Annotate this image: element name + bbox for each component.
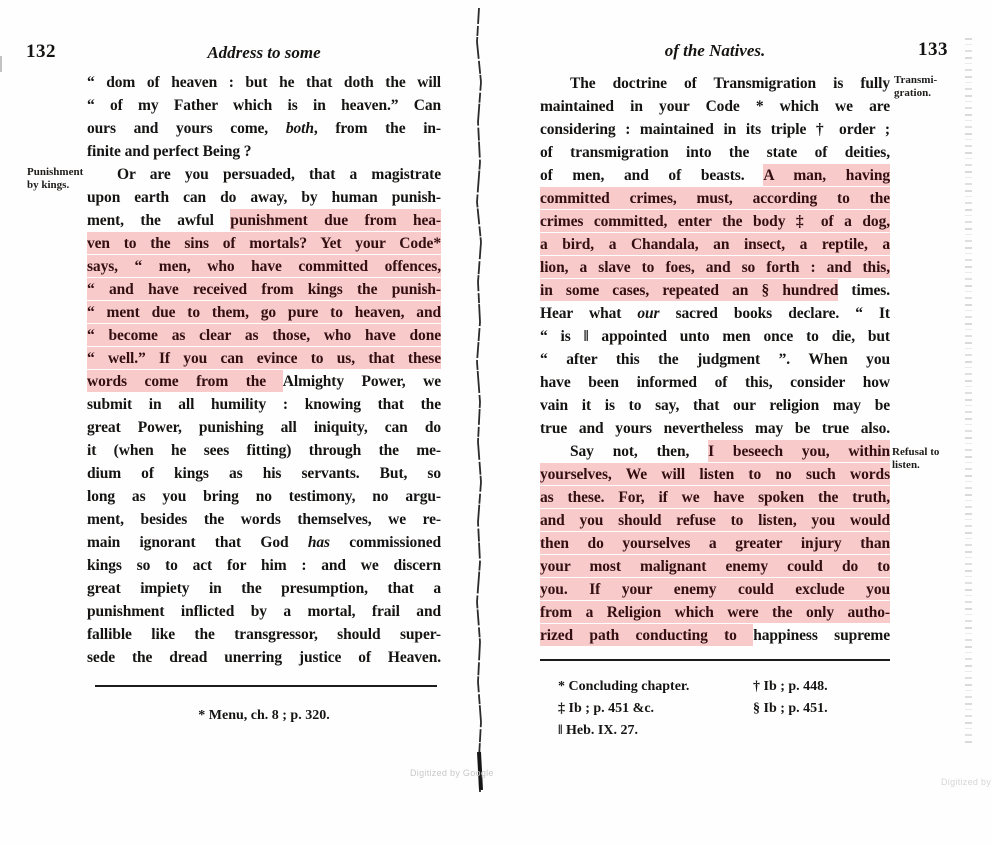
right-page-text: The doctrine of Transmigration is fullym… [540,72,890,647]
text-line: lion, a slave to foes, and so forth : an… [540,256,890,279]
left-page-text: “ dom of heaven : but he that doth the w… [87,71,441,669]
text-line: committed crimes, must, according to the [540,187,890,210]
text-segment: Or are you persuaded, that a magistrate [117,166,441,183]
text-segment: of men, and of beasts. [540,167,763,184]
digitized-by-google-watermark-left: Digitized by Google [410,768,494,778]
text-segment: times. [838,282,890,299]
left-page-number: 132 [26,41,56,63]
text-line: it (when he sees fitting) through the me… [87,439,441,462]
text-line: then do yourselves a greater injury than [540,532,890,555]
right-footnote-double-dagger: ‡ Ib ; p. 451 &c. [558,701,654,717]
highlighted-text: you. If your enemy could exclude you [540,578,890,600]
text-line: ment, the awful punishment due from hea- [87,209,441,232]
highlighted-text: your most malignant enemy could do to [540,555,890,577]
text-line: finite and perfect Being ? [87,140,441,163]
text-line: great impiety in the presumption, that a [87,577,441,600]
text-line: says, “ men, who have committed offences… [87,255,441,278]
text-segment: vain it is to say, that our religion may… [540,397,890,414]
highlighted-text: rized path conducting to [540,624,753,646]
highlighted-text: a bird, a Chandala, an insect, a reptile… [540,233,890,255]
text-line: ours and yours come, both, from the in- [87,117,441,140]
text-line: sede the dread unerring justice of Heave… [87,646,441,669]
text-segment: considering : maintained in its triple †… [540,121,890,138]
text-line: words come from the Almighty Power, we [87,370,441,393]
margin-note-refusal-to-listen: Refusal to listen. [892,446,972,472]
right-footnote-concluding-chapter: * Concluding chapter. [558,679,689,695]
text-segment: The doctrine of Transmigration is fully [570,75,890,92]
right-page-number: 133 [918,39,948,61]
right-running-head: of the Natives. [540,41,890,61]
text-segment: commissioned [330,534,441,551]
text-line: fallible like the transgressor, should s… [87,623,441,646]
digitized-by-watermark-right: Digitized by [941,777,991,787]
text-segment: kings so to act for him : and we discern [87,557,441,574]
text-line: ment, besides the words themselves, we r… [87,508,441,531]
right-footnote-rule [540,659,890,661]
highlighted-text: words come from the [87,370,283,392]
text-segment: sacred books declare. “ It [660,305,891,322]
text-line: and you should refuse to listen, you wou… [540,509,890,532]
text-line: Or are you persuaded, that a magistrate [87,163,441,186]
margin-note-transmigration: Transmi- gration. [894,74,968,100]
text-line: great Power, punishing all iniquity, can… [87,416,441,439]
text-segment: true and yours nevertheless may be true … [540,420,890,437]
text-line: yourselves, We will listen to no such wo… [540,463,890,486]
text-segment: dium of kings as his servants. But, so [87,465,441,482]
highlighted-text: in some cases, repeated an § hundred [540,279,838,301]
text-line: true and yours nevertheless may be true … [540,417,890,440]
text-line: of men, and of beasts. A man, having [540,164,890,187]
text-line: Say not, then, I beseech you, within [540,440,890,463]
text-line: ven to the sins of mortals? Yet your Cod… [87,232,441,255]
book-scan-page: 132 Address to some of the Natives. 133 … [0,0,992,845]
text-line: punishment inflicted by a mortal, frail … [87,600,441,623]
highlighted-text: committed crimes, must, according to the [540,187,890,209]
left-footnote: * Menu, ch. 8 ; p. 320. [87,708,441,724]
text-line: vain it is to say, that our religion may… [540,394,890,417]
text-segment: sede the dread unerring justice of Heave… [87,649,441,666]
text-line: a bird, a Chandala, an insect, a reptile… [540,233,890,256]
right-footnote-section: § Ib ; p. 451. [753,701,828,717]
highlighted-text: crimes committed, enter the body ‡ of a … [540,210,890,232]
text-segment: Say not, then, [570,443,708,460]
text-segment: great impiety in the presumption, that a [87,580,441,597]
text-line: “ well.” If you can evince to us, that t… [87,347,441,370]
highlighted-text: yourselves, We will listen to no such wo… [540,463,890,485]
text-segment: fallible like the transgressor, should s… [87,626,441,643]
text-segment: has [308,534,330,551]
text-segment: main ignorant that God [87,534,308,551]
highlighted-text: “ ment due to them, go pure to heaven, a… [87,301,441,323]
highlighted-text: punishment due from hea- [230,209,441,231]
text-segment: Almighty Power, we [283,373,441,390]
text-line: “ is ‖ appointed unto men once to die, b… [540,325,890,348]
text-line: “ of my Father which is in heaven.” Can [87,94,441,117]
text-line: “ dom of heaven : but he that doth the w… [87,71,441,94]
highlighted-text: “ well.” If you can evince to us, that t… [87,347,441,369]
highlighted-text: as these. For, if we have spoken the tru… [540,486,890,508]
text-line: “ ment due to them, go pure to heaven, a… [87,301,441,324]
text-line: your most malignant enemy could do to [540,555,890,578]
text-segment: punishment inflicted by a mortal, frail … [87,603,441,620]
right-footnote-dagger: † Ib ; p. 448. [753,679,828,695]
text-line: submit in all humility : knowing that th… [87,393,441,416]
text-line: you. If your enemy could exclude you [540,578,890,601]
text-line: rized path conducting to happiness supre… [540,624,890,647]
text-segment: both [286,120,314,137]
text-line: dium of kings as his servants. But, so [87,462,441,485]
highlighted-text: A man, having [763,164,890,186]
highlighted-text: “ and have received from kings the punis… [87,278,441,300]
text-line: The doctrine of Transmigration is fully [540,72,890,95]
left-footnote-rule [95,685,437,687]
text-segment: great Power, punishing all iniquity, can… [87,419,441,436]
highlighted-text: lion, a slave to foes, and so forth : an… [540,256,890,278]
text-segment: submit in all humility : knowing that th… [87,396,441,413]
right-footnote-hebrews: ‖ Heb. IX. 27. [558,723,638,739]
text-segment: “ after this the judgment ”. When you [540,351,890,368]
highlighted-text: ven to the sins of mortals? Yet your Cod… [87,232,441,254]
text-segment: , from the in- [314,120,441,137]
text-segment: our [637,305,659,322]
left-running-head: Address to some [87,43,441,63]
highlighted-text: and you should refuse to listen, you wou… [540,509,890,531]
text-line: of transmigration into the state of deit… [540,141,890,164]
text-line: in some cases, repeated an § hundred tim… [540,279,890,302]
right-scan-edge-noise [965,38,972,746]
text-segment: of transmigration into the state of deit… [540,144,890,161]
highlighted-text: says, “ men, who have committed offences… [87,255,441,277]
text-segment: “ is ‖ appointed unto men once to die, b… [540,328,890,345]
text-line: crimes committed, enter the body ‡ of a … [540,210,890,233]
text-line: maintained in your Code * which we are [540,95,890,118]
text-segment: ment, the awful [87,212,230,229]
text-segment: ours and yours come, [87,120,286,137]
text-line: kings so to act for him : and we discern [87,554,441,577]
text-segment: ment, besides the words themselves, we r… [87,511,441,528]
text-line: considering : maintained in its triple †… [540,118,890,141]
text-line: Hear what our sacred books declare. “ It [540,302,890,325]
text-line: from a Religion which were the only auth… [540,601,890,624]
text-segment: it (when he sees fitting) through the me… [87,442,441,459]
text-segment: Hear what [540,305,637,322]
text-line: “ after this the judgment ”. When you [540,348,890,371]
text-line: “ become as clear as those, who have don… [87,324,441,347]
text-segment: long as you bring no testimony, no argu- [87,488,441,505]
text-line: main ignorant that God has commissioned [87,531,441,554]
highlighted-text: “ become as clear as those, who have don… [87,324,441,346]
highlighted-text: from a Religion which were the only auth… [540,601,890,623]
text-line: long as you bring no testimony, no argu- [87,485,441,508]
text-segment: upon earth can do away, by human punish- [87,189,441,206]
highlighted-text: then do yourselves a greater injury than [540,532,890,554]
text-segment: finite and perfect Being ? [87,143,251,160]
text-line: “ and have received from kings the punis… [87,278,441,301]
text-line: upon earth can do away, by human punish- [87,186,441,209]
text-line: as these. For, if we have spoken the tru… [540,486,890,509]
text-segment: happiness supreme [753,627,890,644]
text-segment: have been informed of this, consider how [540,374,890,391]
left-scan-edge-mark [0,56,2,72]
text-segment: maintained in your Code * which we are [540,98,890,115]
highlighted-text: I beseech you, within [708,440,890,462]
text-segment: “ dom of heaven : but he that doth the w… [87,74,441,91]
text-line: have been informed of this, consider how [540,371,890,394]
text-segment: “ of my Father which is in heaven.” Can [87,97,441,114]
